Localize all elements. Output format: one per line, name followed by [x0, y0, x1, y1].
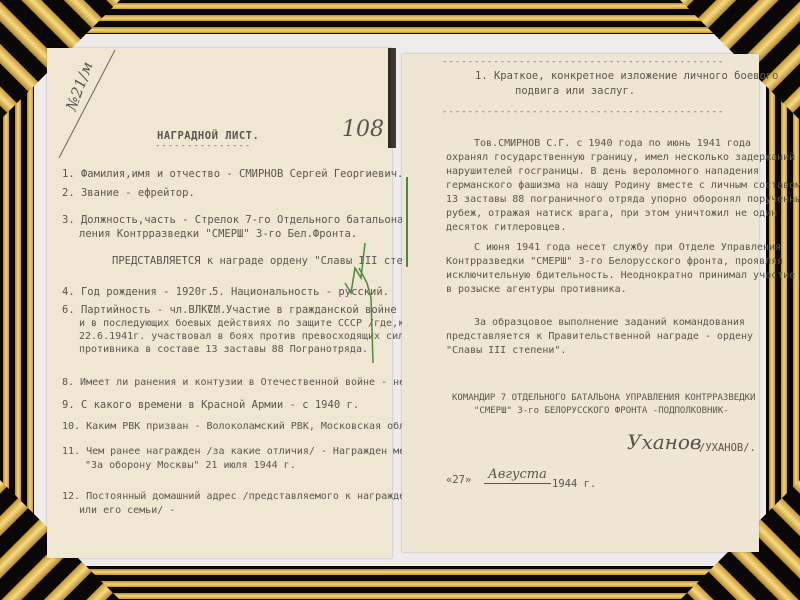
feat-paragraph-1-line-7: десяток гитлеровцев. — [446, 221, 566, 234]
item-11-prior-awards-cont: "За оборону Москвы" 21 июля 1944 г. — [85, 459, 296, 472]
feat-paragraph-2-line-3: исключительную бдительность. Неоднократн… — [446, 269, 795, 282]
item-3-position-cont: ления Контрразведки "СМЕРШ" 3-го Бел.Фро… — [79, 228, 357, 241]
item-12-address: 12. Постоянный домашний адрес /представл… — [62, 490, 423, 503]
item-4-birth-year: 4. Год рождения - 1920г. — [62, 286, 214, 299]
archive-page-number: 108 — [342, 123, 384, 136]
feat-paragraph-1-line-6: рубеж, отражая натиск врага, при этом ун… — [446, 207, 777, 220]
commander-title-line-1: КОМАНДИР 7 ОТДЕЛЬНОГО БАТАЛЬОНА УПРАВЛЕН… — [452, 392, 755, 405]
ribbon-border-top — [0, 0, 800, 34]
ribbon-border-bottom — [0, 566, 800, 600]
feat-paragraph-1-line-4: германского фашизма на нашу Родину вмест… — [446, 179, 800, 192]
date-year: 1944 г. — [552, 478, 596, 491]
feat-paragraph-1-line-2: охранял государственную границу, имел не… — [446, 151, 795, 164]
green-pencil-margin-line — [406, 177, 408, 267]
date-month-handwritten: Августа — [484, 468, 551, 484]
feat-paragraph-2-line-2: Контрразведки "СМЕРШ" 3-го Белорусского … — [446, 255, 783, 268]
item-11-prior-awards: 11. Чем ранее награжден /за какие отличи… — [62, 445, 435, 458]
date-day: «27» — [446, 474, 471, 487]
item-9-service-start: 9. С какого времени в Красной Армии - с … — [62, 399, 359, 412]
recommendation-line-3: "Славы III степени". — [446, 344, 566, 357]
section-heading-line-2: подвига или заслуг. — [515, 85, 635, 98]
award-sheet-page-2: ----------------------------------------… — [402, 54, 759, 552]
commander-name: /УХАНОВ/. — [699, 442, 756, 455]
feat-paragraph-2-line-1: С июня 1941 года несет службу при Отделе… — [474, 241, 781, 254]
title-underline: --------------- — [155, 140, 251, 153]
item-6-party: 6. Партийность - чл.ВЛКСМ. — [62, 304, 226, 317]
top-dash-rule: ----------------------------------------… — [442, 56, 724, 69]
feat-paragraph-2-line-4: в розыске агентуры противника. — [446, 283, 627, 296]
item-8-wounds: 8. Имеет ли ранения и контузии в Отечест… — [62, 376, 447, 389]
feat-paragraph-1-line-1: Тов.СМИРНОВ С.Г. с 1940 года по июнь 194… — [474, 137, 751, 150]
mid-dash-rule: ----------------------------------------… — [442, 106, 724, 119]
item-2-rank: 2. Звание - ефрейтор. — [62, 187, 195, 200]
item-12-address-cont: или его семьи/ - — [79, 504, 175, 517]
recommendation-line-1: За образцовое выполнение заданий командо… — [474, 316, 745, 329]
feat-paragraph-1-line-3: нарушителей госграницы. В день вероломно… — [446, 165, 759, 178]
feat-paragraph-1-line-5: 13 заставы 88 пограничного отряда упорно… — [446, 193, 800, 206]
award-presentation-line: ПРЕДСТАВЛЯЕТСЯ к награде ордену "Славы I… — [112, 255, 441, 268]
item-1-full-name: 1. Фамилия,имя и отчество - СМИРНОВ Серг… — [62, 168, 403, 181]
recommendation-line-2: представляется к Правительственной награ… — [446, 330, 753, 343]
green-pencil-approval-mark — [337, 238, 387, 368]
award-sheet-page-1: №21/м 108 НАГРАДНОЙ ЛИСТ. --------------… — [47, 48, 392, 558]
item-7-line-3: противника в составе 13 заставы 88 Погра… — [79, 343, 368, 356]
item-3-position: 3. Должность,часть - Стрелок 7-го Отдель… — [62, 214, 448, 227]
commander-title-line-2: "СМЕРШ" 3-го БЕЛОРУССКОГО ФРОНТА -ПОДПОЛ… — [474, 405, 729, 418]
section-heading-line-1: 1. Краткое, конкретное изложение личного… — [475, 70, 778, 83]
item-10-conscription: 10. Каким РВК призван - Волоколамский РВ… — [62, 420, 435, 433]
commander-signature: Уханов — [627, 436, 702, 449]
